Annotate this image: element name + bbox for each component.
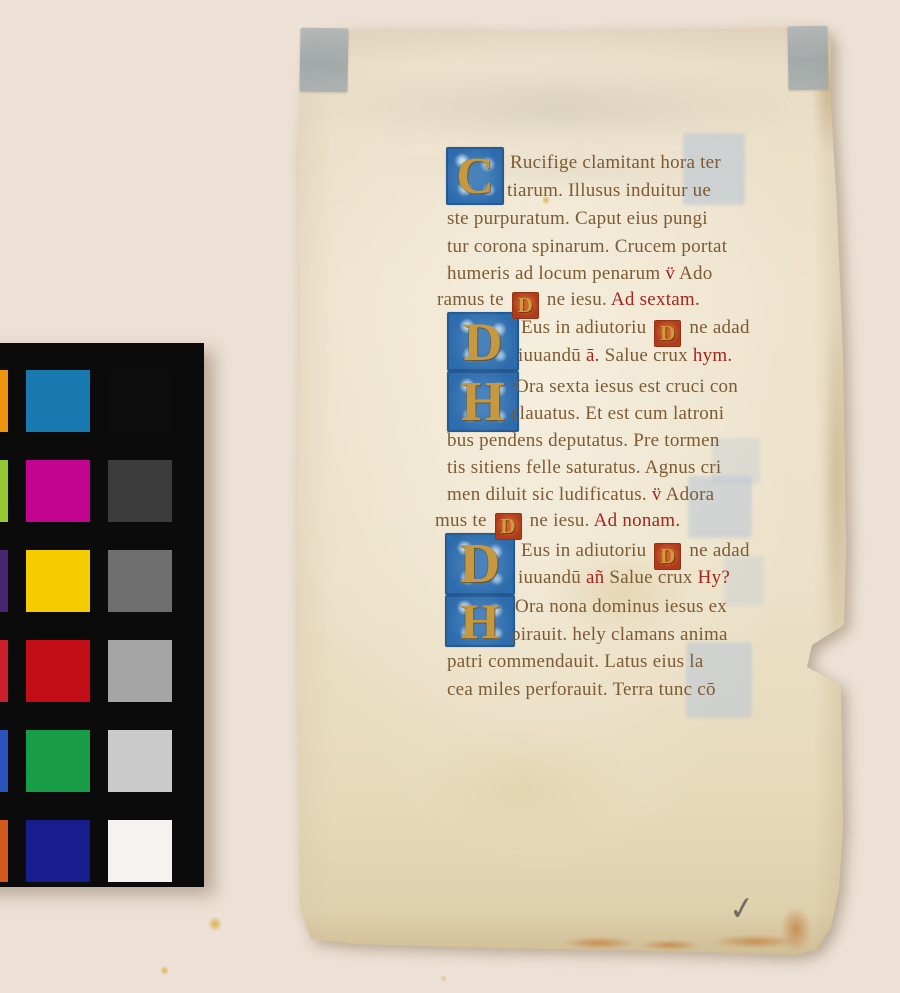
body-text: Eus in adiutoriu: [521, 317, 651, 338]
body-text: humeris ad locum penarum: [447, 263, 665, 284]
edge-discoloration: [823, 307, 849, 647]
photograph-background: CDHDH Rucifige clamitant hora tertiarum.…: [0, 0, 900, 993]
body-text: ramus te: [437, 289, 509, 310]
rust-stain: [563, 937, 635, 949]
swatch-edge-partial-0: [0, 370, 8, 432]
body-text: Salue crux: [600, 345, 693, 366]
swatch-primary-4: [26, 730, 90, 792]
manuscript-line: pirauit. hely clamans anima: [511, 624, 728, 646]
rubric-text: Ad sextam.: [611, 289, 700, 310]
body-text: cea miles perforauit. Terra tunc cō: [447, 679, 716, 700]
body-text: patri commendauit. Latus eius la: [447, 651, 704, 672]
manuscript-line: mus te D ne iesu. Ad nonam.: [435, 510, 680, 540]
swatch-edge-partial-2: [0, 550, 8, 612]
swatch-primary-2: [26, 550, 90, 612]
swatch-grayscale-3: [108, 640, 172, 702]
rubric-text: Ad nonam.: [594, 510, 681, 531]
body-text: bus pendens deputatus. Pre tormen: [447, 430, 720, 451]
manuscript-line: tis sitiens felle saturatus. Agnus cri: [447, 457, 721, 479]
manuscript-line: iuuandū ā. Salue crux hym.: [518, 345, 732, 367]
body-text: tur corona spinarum. Crucem portat: [447, 236, 727, 257]
body-text: Salue crux: [604, 567, 697, 588]
rubric-text: añ: [586, 567, 604, 588]
rubric-text: v̈: [665, 263, 675, 284]
swatch-edge-partial-4: [0, 730, 8, 792]
inline-initial-D: D: [654, 543, 681, 570]
swatch-grayscale-1: [108, 460, 172, 522]
body-text: Eus in adiutoriu: [521, 540, 651, 561]
manuscript-line: clauatus. Et est cum latroni: [511, 403, 724, 425]
swatch-edge-partial-5: [0, 820, 8, 882]
body-text: iuuandū: [518, 567, 586, 588]
swatch-edge-partial-3: [0, 640, 8, 702]
inline-initial-D: D: [512, 292, 539, 319]
illuminated-initial-C: C: [446, 147, 504, 205]
rubric-text: ā.: [586, 345, 600, 366]
swatch-primary-0: [26, 370, 90, 432]
rubric-text: v̈: [652, 484, 662, 505]
body-text: Ado: [675, 263, 712, 284]
rubric-text: Hy?: [698, 567, 730, 588]
body-text: ne adad: [684, 317, 749, 338]
mounting-tape-top-right: [787, 26, 828, 91]
body-text: men diluit sic ludificatus.: [447, 484, 652, 505]
body-text: iuuandū: [518, 345, 586, 366]
manuscript-line: Ora nona dominus iesus ex: [515, 596, 727, 618]
body-text: Adora: [662, 484, 715, 505]
yellow-fleck: [440, 975, 447, 982]
illuminated-initial-D: D: [445, 533, 515, 595]
manuscript-line: humeris ad locum penarum v̈ Ado: [447, 263, 713, 285]
rust-stain: [781, 907, 811, 951]
swatch-primary-1: [26, 460, 90, 522]
swatch-grayscale-4: [108, 730, 172, 792]
body-text: clauatus. Et est cum latroni: [511, 403, 724, 424]
body-text: Ora nona dominus iesus ex: [515, 596, 727, 617]
inline-initial-D: D: [495, 513, 522, 540]
swatch-grayscale-2: [108, 550, 172, 612]
rust-stain: [640, 940, 700, 950]
manuscript-line: Eus in adiutoriu D ne adad: [521, 540, 750, 570]
body-text: ne adad: [684, 540, 749, 561]
body-text: Rucifige clamitant hora ter: [510, 152, 721, 173]
manuscript-line: iuuandū añ Salue crux Hy?: [518, 567, 730, 589]
manuscript-line: tiarum. Illusus induitur ue: [507, 180, 711, 202]
manuscript-line: men diluit sic ludificatus. v̈ Adora: [447, 484, 714, 506]
illuminated-initial-D: D: [447, 312, 519, 371]
manuscript-line: bus pendens deputatus. Pre tormen: [447, 430, 720, 452]
body-text: pirauit. hely clamans anima: [511, 624, 728, 645]
manuscript-line: tur corona spinarum. Crucem portat: [447, 236, 727, 258]
pencil-checkmark: ✓: [727, 889, 757, 930]
body-text: tis sitiens felle saturatus. Agnus cri: [447, 457, 721, 478]
manuscript-line: Eus in adiutoriu D ne adad: [521, 317, 750, 347]
body-text: Ora sexta iesus est cruci con: [515, 376, 738, 397]
swatch-primary-5: [26, 820, 90, 882]
rubric-text: hym.: [693, 345, 733, 366]
manuscript-line: Rucifige clamitant hora ter: [510, 152, 721, 174]
swatch-grayscale-0: [108, 370, 172, 432]
manuscript-line: patri commendauit. Latus eius la: [447, 651, 704, 673]
inline-initial-D: D: [654, 320, 681, 347]
manuscript-line: cea miles perforauit. Terra tunc cō: [447, 679, 716, 701]
swatch-primary-3: [26, 640, 90, 702]
body-text: ne iesu.: [542, 289, 611, 310]
manuscript-line: ramus te D ne iesu. Ad sextam.: [437, 289, 700, 319]
yellow-fleck: [160, 966, 169, 975]
manuscript-line: ste purpuratum. Caput eius pungi: [447, 208, 708, 230]
illuminated-initial-H: H: [447, 371, 519, 432]
body-text: mus te: [435, 510, 492, 531]
body-text: tiarum. Illusus induitur ue: [507, 180, 711, 201]
parchment-stain: [415, 727, 635, 847]
body-text: ste purpuratum. Caput eius pungi: [447, 208, 708, 229]
color-checker-card: [0, 343, 204, 887]
mounting-tape-top-left: [299, 28, 348, 93]
illuminated-initial-H: H: [445, 595, 515, 647]
swatch-grayscale-5: [108, 820, 172, 882]
body-text: ne iesu.: [525, 510, 594, 531]
yellow-fleck: [208, 916, 222, 932]
manuscript-line: Ora sexta iesus est cruci con: [515, 376, 738, 398]
swatch-edge-partial-1: [0, 460, 8, 522]
